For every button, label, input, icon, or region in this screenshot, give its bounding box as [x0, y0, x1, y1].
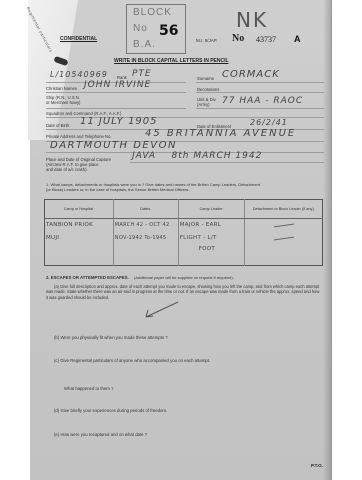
question-c-followup: What happened to them ?	[64, 386, 113, 391]
address-label: Private Address and Telephone No.	[46, 134, 112, 139]
dates-cell: MARCH 42 - OCT 42 NOV-1942 To-1945	[113, 219, 178, 266]
column-header-camp: Camp or Hospital.	[45, 200, 114, 219]
column-header-dates: Dates.	[113, 200, 178, 219]
question-c: (c) Give Regimental particulars of anyon…	[54, 358, 210, 363]
ship-label-line2: or Merchant Navy)	[46, 100, 80, 105]
classification-label: CONFIDENTIAL	[60, 36, 97, 42]
unit-value: 77 HAA - RAOC	[222, 96, 303, 106]
christian-names-label: Christian Names	[46, 86, 77, 91]
block-stamp: BLOCK No 56 B.A.	[126, 4, 186, 54]
field-underline	[46, 108, 186, 109]
question-d: (d) Give briefly your experiences during…	[54, 408, 167, 413]
dash-mark	[274, 237, 294, 241]
section2-heading: 2. ESCAPES OR ATTEMPTED ESCAPES.	[46, 275, 129, 280]
capture-value: JAVA 8th MARCH 1942	[132, 151, 262, 161]
leader-cell: MAJOR - EARL FLIGHT - L/T FOOT	[178, 219, 245, 266]
camps-table: Camp or Hospital. Dates. Camp Leader. De…	[44, 199, 323, 266]
number-label: No	[232, 33, 244, 44]
field-underline	[196, 92, 324, 93]
field-underline	[196, 108, 324, 109]
stamp-line-ba: B.A.	[133, 39, 156, 50]
table-row: TANBION PRIOK MUJI MARCH 42 - OCT 42 NOV…	[45, 219, 323, 266]
form-reference: M.I. 9/JAP.	[196, 38, 217, 43]
dash-mark	[274, 224, 294, 228]
column-header-camp-leader: Camp Leader.	[178, 200, 245, 219]
field-underline	[130, 162, 324, 163]
address-line1: 45 BRITANNIA AVENUE	[145, 128, 296, 139]
leader-row1: MAJOR - EARL	[179, 219, 245, 232]
date-of-birth-value: 11 JULY 1905	[80, 116, 158, 127]
handwritten-arrow-icon	[140, 300, 180, 320]
form-number-suffix: A	[294, 34, 301, 44]
leader-row2-line2: FOOT	[179, 245, 245, 253]
camp-row1: TANBION PRIOK	[45, 219, 113, 232]
detachment-cell	[245, 219, 323, 266]
army-number-value: L/10540969	[50, 70, 108, 79]
form-number: 43737	[256, 35, 276, 44]
surname-value: CORMACK	[222, 69, 280, 80]
question-e: (e) How were you recaptured and on what …	[54, 432, 147, 437]
address-line2: DARTMOUTH DEVON	[50, 140, 177, 151]
section1-question-line2: (or Block) Leaders or, in the case of ho…	[46, 187, 190, 192]
date-of-birth-label: Date of Birth	[46, 123, 69, 128]
column-header-detachment-leader: Detachment or Block Leader (if any).	[245, 200, 323, 219]
camp-cell: TANBION PRIOK MUJI	[45, 219, 114, 266]
instruction-heading: WRITE IN BLOCK CAPITAL LETTERS IN PENCIL	[114, 58, 229, 64]
surname-label: Surname	[197, 76, 214, 81]
field-underline	[46, 92, 186, 93]
leader-row2: FLIGHT - L/T	[179, 232, 245, 245]
unit-label-line2: (Army)	[197, 102, 210, 107]
dates-row1: MARCH 42 - OCT 42	[114, 219, 178, 232]
stamp-line-block: BLOCK	[133, 7, 172, 18]
dates-row2: NOV-1942 To-1945	[114, 232, 178, 245]
question-a: (a) Give full description and approx. da…	[46, 284, 322, 300]
christian-names-value: JOHN IRVINE	[84, 80, 151, 90]
capture-label-line3: and date of a/c crash).	[46, 167, 88, 172]
camp-row2: MUJI	[45, 232, 113, 245]
section2-note: (Additional paper will be supplied on re…	[134, 275, 234, 280]
stamp-block-number: 56	[159, 23, 178, 39]
rank-value: PTE	[132, 69, 152, 79]
table-header-row: Camp or Hospital. Dates. Camp Leader. De…	[45, 200, 323, 219]
handwritten-annotation: NK	[236, 8, 268, 32]
question-b: (b) Were you physically fit when you mad…	[54, 335, 168, 340]
enlistment-value: 26/2/41	[250, 118, 288, 127]
please-turn-over: P.T.O.	[311, 463, 323, 468]
field-underline	[196, 82, 324, 83]
stamp-line-no: No	[133, 23, 148, 34]
